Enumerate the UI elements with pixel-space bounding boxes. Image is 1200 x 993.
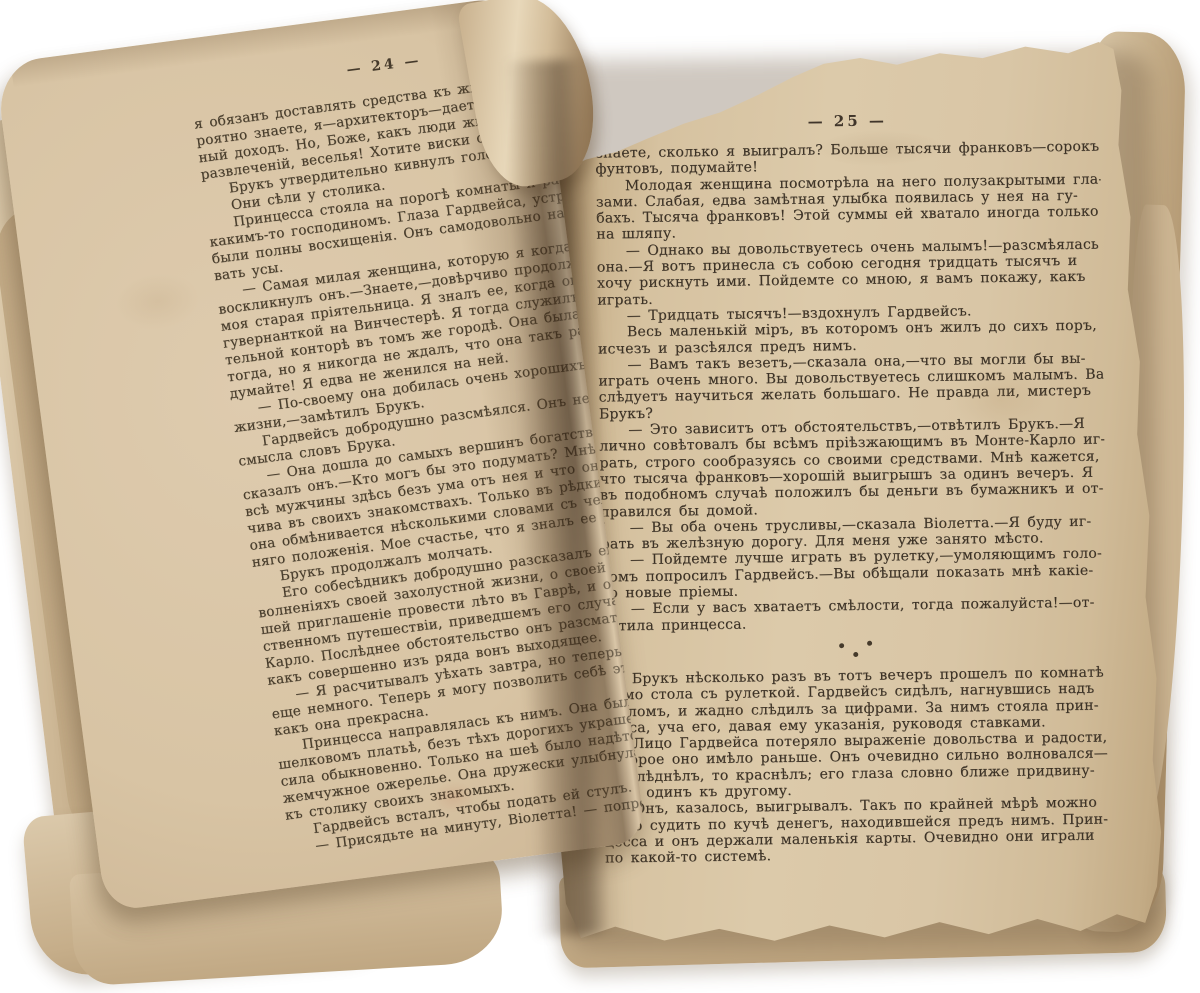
text-line: — Вамъ такъ везетъ,—сказала она,—что вы …: [598, 350, 1103, 373]
text-line: рать, строго сообразуясь со своими средс…: [599, 448, 1104, 471]
text-line: рать въ желѣзную дорогу. Для меня уже за…: [601, 530, 1106, 553]
text-line: Брукъ?: [599, 399, 1104, 422]
text-line: цесса, уча его, давая ему указанія, руко…: [603, 713, 1108, 736]
text-line: Гардвейсъ добродушно разсмѣялся. Онъ не …: [235, 385, 634, 454]
text-line: что тысяча франковъ—хорошій выигрышъ за …: [600, 464, 1105, 487]
text-line: воскликнулъ онъ.—Знаете,—довѣрчиво продо…: [217, 250, 616, 319]
text-line: шелковомъ платьѣ, безъ тѣхъ дорогихъ укр…: [277, 705, 646, 774]
text-line: она.—Я вотъ принесла съ собою сегодня тр…: [597, 253, 1102, 276]
text-line: по какой-то системѣ.: [605, 844, 1110, 867]
text-line: вѣтила принцесса.: [602, 611, 1107, 634]
text-line: волненіяхъ своей захолустной жизни, о св…: [257, 553, 646, 622]
text-line: чива въ своихъ знакомствахъ. Только въ р…: [246, 469, 645, 538]
text-line: Молодая женщина посмотрѣла на него полуз…: [596, 171, 1101, 194]
text-line: на шляпу.: [596, 220, 1101, 243]
text-line: тогда, но я никогда не ждалъ, что она та…: [226, 317, 625, 386]
text-line: было судить по кучѣ денегъ, находившейся…: [605, 811, 1110, 834]
text-line: Карло. Послѣднее обстоятельство онъ разс…: [264, 604, 646, 673]
text-line: она обмѣнивается нѣсколькими словами съ …: [249, 486, 647, 555]
text-line: какъ совершенно изъ ряда вонъ выходящее.: [266, 621, 646, 690]
text-line: какимъ-то господиномъ. Глаза Гардвейса, …: [209, 183, 608, 252]
book-photo-background: — 25 — знаете, сколько я выигралъ? Больш…: [0, 0, 1200, 993]
text-line: въ подобномъ случаѣ положилъ бы деньги в…: [600, 481, 1105, 504]
text-line: знаете, сколько я выигралъ? Больше тысяч…: [595, 139, 1100, 162]
text-line: Его собесѣдникъ добродушно разсказалъ ем…: [255, 536, 646, 605]
text-line: мимо стола съ рулеткой. Гардвейсъ сидѣлъ…: [603, 681, 1108, 704]
text-line: сказалъ онъ.—Кто могъ бы это подумать? М…: [242, 435, 641, 504]
three-dots-divider-icon: [602, 632, 1107, 665]
text-line: смысла словъ Брука.: [237, 402, 636, 471]
text-line: — Тридцать тысячъ!—вздохнулъ Гардвейсъ.: [597, 301, 1102, 324]
text-line: еще немного. Теперь я могу позволить себ…: [271, 654, 647, 723]
text-line: лично совѣтовалъ бы всѣмъ пріѣзжающимъ в…: [599, 432, 1104, 455]
text-line: моя старая пріятельница. Я зналъ ее, ког…: [220, 267, 619, 336]
text-line: гувернанткой на Винчестерѣ. Я тогда служ…: [222, 284, 621, 353]
text-line: — Пойдемте лучше играть въ рулетку,—умол…: [601, 546, 1106, 569]
text-line: Гардвейсъ всталъ, чтобы подать ей стулъ.: [286, 772, 646, 841]
text-line: — Однако вы довольствуетесь очень малымъ…: [596, 236, 1101, 259]
text-line: Онъ, казалось, выигрывалъ. Такъ по крайн…: [604, 795, 1109, 818]
text-line: шей приглашеніе провести лѣто въ Гаврѣ, …: [260, 570, 647, 639]
text-line: — Самая милая женщина, которую я когда л…: [215, 233, 614, 302]
text-line: столомъ, и жадно слѣдилъ за цифрами. За …: [603, 697, 1108, 720]
right-page-paragraphs-after-break: Брукъ нѣсколько разъ въ тотъ вечеръ прош…: [602, 664, 1110, 867]
text-line: то блѣднѣлъ, то краснѣлъ; его глаза слов…: [604, 762, 1109, 785]
text-line: Лицо Гардвейса потеряло выраженіе доволь…: [603, 730, 1108, 753]
text-line: Брукъ нѣсколько разъ въ тотъ вечеръ прош…: [602, 664, 1107, 687]
right-page-paragraphs-before-break: знаете, сколько я выигралъ? Больше тысяч…: [595, 139, 1107, 635]
text-line: слѣдуетъ научиться желать большаго. Не п…: [599, 383, 1104, 406]
text-line: няго положенія. Мое счастье, что я зналъ…: [251, 503, 647, 572]
text-line: Брукъ продолжалъ молчать.: [253, 520, 646, 589]
text-line: тельной конторѣ въ томъ же городѣ. Она б…: [224, 301, 623, 370]
text-line: Принцесса направлялась къ нимъ. Она была…: [275, 688, 646, 757]
text-line: правился бы домой.: [600, 497, 1105, 520]
text-line: сомъ попросилъ Гардвейсъ.—Вы обѣщали пок…: [601, 562, 1106, 585]
text-line: сила обыкновенно. Только на шеѣ было над…: [280, 722, 647, 791]
text-line: — Вы оба очень трусливы,—сказала Віолетт…: [600, 513, 1105, 536]
text-line: думайте! Я едва не женился на ней.: [229, 334, 628, 403]
text-line: исчезъ и разсѣялся предъ нимъ.: [598, 334, 1103, 357]
text-line: которое оно имѣло раньше. Онъ очевидно с…: [604, 746, 1109, 769]
text-line: — По-своему она добилась очень хорошихъ …: [231, 351, 630, 420]
text-line: ственномъ путешествіи, приведшемъ его сл…: [262, 587, 647, 656]
text-line: были полны восхищенія. Онъ самодовольно …: [211, 199, 610, 268]
text-line: лись одинъ къ другому.: [604, 778, 1109, 801]
text-line: жизни,—замѣтилъ Брукъ.: [233, 368, 632, 437]
text-line: Весь маленькій міръ, въ которомъ онъ жил…: [598, 318, 1103, 341]
text-line: — Она дошла до самыхъ вершинъ богатства …: [240, 418, 639, 487]
text-line: цесса и онъ держали маленькія карты. Оче…: [605, 827, 1110, 850]
text-line: играть очень много. Вы довольствуетесь с…: [598, 367, 1103, 390]
divider-dot: [839, 643, 844, 648]
text-line: хочу рискнуть ими. Пойдемте со мною, я в…: [597, 269, 1102, 292]
text-line: зами. Слабая, едва замѣтная улыбка появи…: [596, 187, 1101, 210]
text-line: бахъ. Тысяча франковъ! Этой суммы ей хва…: [596, 204, 1101, 227]
text-line: жемчужное ожерелье. Она дружески улыбнул…: [282, 739, 647, 808]
text-line: — Если у васъ хватаетъ смѣлости, тогда п…: [602, 595, 1107, 618]
text-line: къ столику своихъ знакомыхъ.: [284, 756, 646, 825]
text-line: играть.: [597, 285, 1102, 308]
text-line: какъ она прекрасна.: [273, 671, 646, 740]
text-line: всѣ мужчины здѣсь безъ ума отъ нея и что…: [244, 452, 643, 521]
text-line: — Это зависитъ отъ обстоятельствъ,—отвѣт…: [599, 416, 1104, 439]
text-line: фунтовъ, подумайте!: [595, 155, 1100, 178]
text-line: вать усы.: [213, 216, 612, 285]
text-line: — Я расчитывалъ уѣхать завтра, но теперь…: [269, 638, 647, 707]
page-text-right: знаете, сколько я выигралъ? Больше тысяч…: [595, 139, 1110, 867]
text-line: то новые пріемы.: [601, 579, 1106, 602]
divider-dot: [867, 641, 872, 646]
divider-dot: [853, 652, 858, 657]
